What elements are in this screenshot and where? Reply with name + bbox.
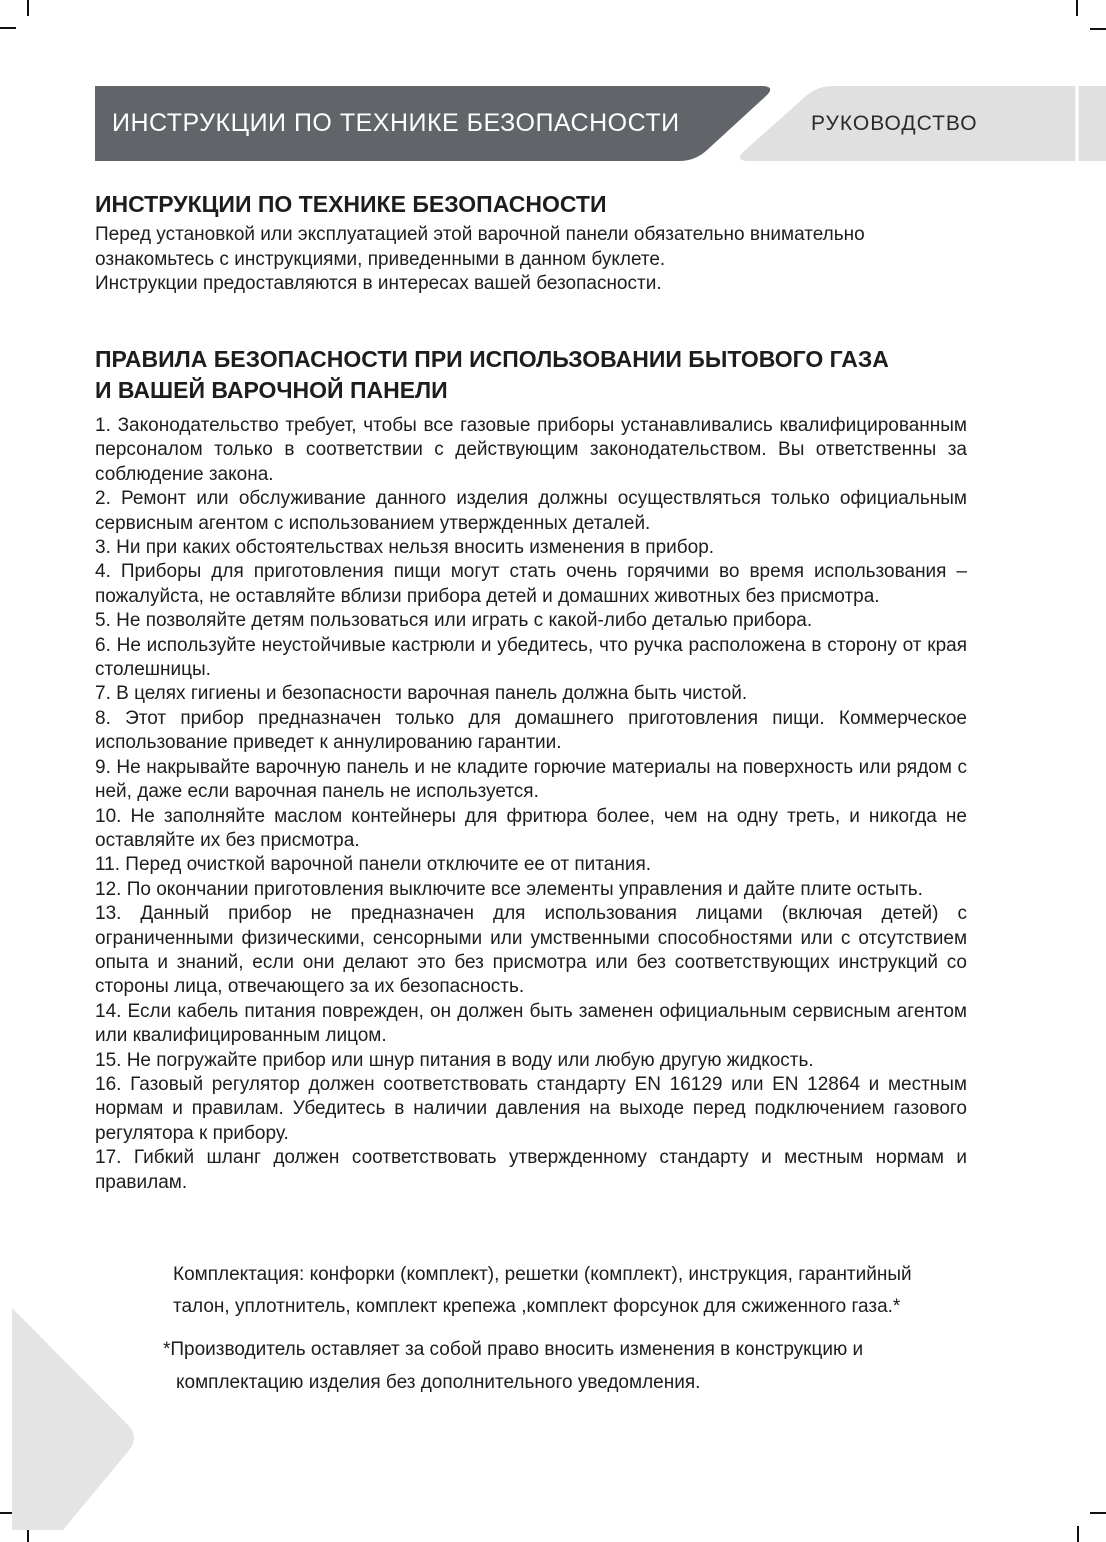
- crop-mark-top-left-vertical: [27, 0, 29, 16]
- crop-mark-top-left-horizontal: [0, 27, 16, 29]
- crop-mark-bottom-right-horizontal: [1090, 1512, 1106, 1514]
- intro-line: Инструкции предоставляются в интересах в…: [95, 272, 995, 297]
- safety-rule-item: 11. Перед очисткой варочной панели отклю…: [95, 853, 967, 877]
- corner-arrow-shape: [12, 1308, 134, 1530]
- package-contents-text: Комплектация: конфорки (комплект), решет…: [173, 1259, 973, 1323]
- intro-paragraph: Перед установкой или эксплуатацией этой …: [95, 223, 995, 297]
- header-tag-label: РУКОВОДСТВО: [811, 86, 1031, 161]
- crop-mark-top-right-horizontal: [1090, 28, 1106, 30]
- safety-rule-item: 1. Законодательство требует, чтобы все г…: [95, 414, 967, 487]
- crop-mark-top-right-vertical: [1076, 0, 1078, 16]
- safety-rule-item: 15. Не погружайте прибор или шнур питани…: [95, 1049, 967, 1073]
- safety-rules-list: 1. Законодательство требует, чтобы все г…: [95, 414, 967, 1195]
- rules-title-line: И ВАШЕЙ ВАРОЧНОЙ ПАНЕЛИ: [95, 375, 995, 406]
- package-line: Комплектация: конфорки (комплект), решет…: [173, 1259, 973, 1291]
- safety-rule-item: 2. Ремонт или обслуживание данного издел…: [95, 487, 967, 536]
- intro-line: ознакомьтесь с инструкциями, приведенным…: [95, 248, 995, 273]
- safety-rule-item: 16. Газовый регулятор должен соответство…: [95, 1073, 967, 1146]
- safety-rule-item: 10. Не заполняйте маслом контейнеры для …: [95, 805, 967, 854]
- safety-rule-item: 17. Гибкий шланг должен соответствовать …: [95, 1146, 967, 1195]
- section-title-safety-instructions: ИНСТРУКЦИИ ПО ТЕХНИКЕ БЕЗОПАСНОСТИ: [95, 191, 606, 218]
- safety-rule-item: 6. Не используйте неустойчивые кастрюли …: [95, 634, 967, 683]
- crop-mark-bottom-right-vertical: [1077, 1526, 1079, 1542]
- package-line: талон, уплотнитель, комплект крепежа ,ко…: [173, 1291, 973, 1323]
- corner-arrow-icon: [0, 1300, 160, 1542]
- rules-title-line: ПРАВИЛА БЕЗОПАСНОСТИ ПРИ ИСПОЛЬЗОВАНИИ Б…: [95, 344, 995, 375]
- note-line: комплектацию изделия без дополнительного…: [163, 1367, 983, 1400]
- safety-rule-item: 8. Этот прибор предназначен только для д…: [95, 707, 967, 756]
- safety-rule-item: 13. Данный прибор не предназначен для ис…: [95, 902, 967, 1000]
- section-title-gas-safety-rules: ПРАВИЛА БЕЗОПАСНОСТИ ПРИ ИСПОЛЬЗОВАНИИ Б…: [95, 344, 995, 406]
- safety-rule-item: 5. Не позволяйте детям пользоваться или …: [95, 609, 967, 633]
- trim-line: [1076, 86, 1079, 161]
- intro-line: Перед установкой или эксплуатацией этой …: [95, 223, 995, 248]
- note-line: *Производитель оставляет за собой право …: [163, 1334, 983, 1367]
- safety-rule-item: 9. Не накрывайте варочную панель и не кл…: [95, 756, 967, 805]
- safety-rule-item: 4. Приборы для приготовления пищи могут …: [95, 560, 967, 609]
- safety-rule-item: 12. По окончании приготовления выключите…: [95, 878, 967, 902]
- manual-page: ИНСТРУКЦИИ ПО ТЕХНИКЕ БЕЗОПАСНОСТИ РУКОВ…: [0, 0, 1106, 1542]
- safety-rule-item: 7. В целях гигиены и безопасности варочн…: [95, 682, 967, 706]
- header-banner-title: ИНСТРУКЦИИ ПО ТЕХНИКЕ БЕЗОПАСНОСТИ: [112, 86, 782, 161]
- manufacturer-note-text: *Производитель оставляет за собой право …: [163, 1334, 983, 1399]
- safety-rule-item: 14. Если кабель питания поврежден, он до…: [95, 1000, 967, 1049]
- safety-rule-item: 3. Ни при каких обстоятельствах нельзя в…: [95, 536, 967, 560]
